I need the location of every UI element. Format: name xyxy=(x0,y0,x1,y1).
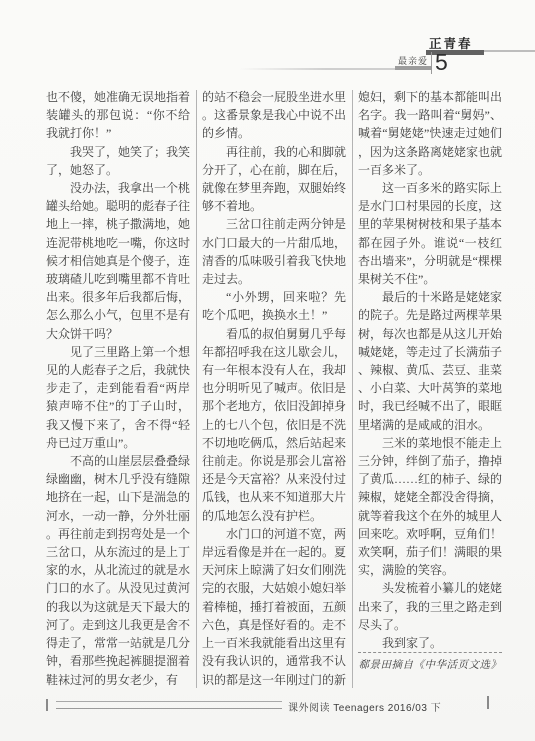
paragraph: 三岔口往前走两分钟是水门口最大的一片甜瓜地，清香的瓜味吸引着我飞快地走过去。 xyxy=(202,215,346,288)
header-vertical-rule xyxy=(431,52,432,74)
article-body: 也不傻，她准确无误地指着装罐头的那包说：“你不给我就打你！” 我哭了，她笑了；我… xyxy=(46,88,502,689)
source-attribution: 郗景田摘自《中华活页文选》 xyxy=(358,652,502,673)
paragraph: 头发梳着小纂儿的姥姥出来了，我的三里之路走到尽头了。 xyxy=(358,579,502,634)
header-rule-right xyxy=(484,50,535,52)
paragraph: 的站不稳会一屁股坐进水里。这番景象是我心中说不出的乡情。 xyxy=(202,88,346,143)
column-divider xyxy=(196,90,197,688)
paragraph: 水门口的河道不宽，两岸远看像是并在一起的。夏天河床上晾满了妇女们刚洗完的衣服，大… xyxy=(202,525,346,689)
footer-trim-mark-left xyxy=(46,699,48,711)
paragraph: 三米的菜地恨不能走上三分钟，绊倒了茄子，撸掉了黄瓜……红的柿子、绿的辣椒，姥姥全… xyxy=(358,434,502,580)
paragraph: 这一百多米的路实际上是水门口村果园的长度，这里的苹果树树枝和果子基本都在园子外。… xyxy=(358,179,502,288)
text-column-3: 媳妇，剩下的基本都能叫出名字。我一路叫着“舅妈”、喊着“舅姥姥”快速走过她们，因… xyxy=(358,88,502,689)
page-number: 5 xyxy=(435,49,448,76)
paragraph: 我哭了，她笑了；我笑了，她怒了。 xyxy=(46,143,190,179)
footer-journal-info: 课外阅读 Teenagers 2016/03 下 xyxy=(288,699,441,714)
paragraph: “小外甥，回来啦？先吃个瓜吧，换换水土！” xyxy=(202,288,346,324)
footer-double-rule xyxy=(56,701,282,709)
header-gray-bar xyxy=(395,66,431,70)
paragraph: 再往前，我的心和脚就分开了，心在前，脚在后，就像在梦里奔跑，双腿始终够不着地。 xyxy=(202,143,346,216)
text-column-1: 也不傻，她准确无误地指着装罐头的那包说：“你不给我就打你！” 我哭了，她笑了；我… xyxy=(46,88,190,689)
paragraph: 我到家了。 xyxy=(358,634,502,652)
paragraph: 媳妇，剩下的基本都能叫出名字。我一路叫着“舅妈”、喊着“舅姥姥”快速走过她们，因… xyxy=(358,88,502,179)
header-rule-left xyxy=(240,68,395,70)
paragraph: 见了三里路上第一个想见的人彪春子之后，我就快步走了，走到能看看“两岸猿声啼不住”… xyxy=(46,343,190,452)
paragraph: 最后的十米路是姥姥家的院子。先是路过两棵苹果树，每次也都是从这儿开始喊姥姥，等走… xyxy=(358,288,502,434)
paragraph: 看瓜的叔伯舅舅几乎每年都招呼我在这儿歇会儿，有一年根本没有人在，我却也分明听见了… xyxy=(202,325,346,525)
text-column-2: 的站不稳会一屁股坐进水里。这番景象是我心中说不出的乡情。 再往前，我的心和脚就分… xyxy=(202,88,346,689)
paragraph: 没办法，我拿出一个桃罐头给她。聪明的彪春子往地上一摔，桃子撒满地，她连泥带桃地吃… xyxy=(46,179,190,343)
footer-trim-mark-right xyxy=(487,696,489,709)
paragraph: 也不傻，她准确无误地指着装罐头的那包说：“你不给我就打你！” xyxy=(46,88,190,143)
magazine-page: 正青春 最亲爱 5 也不傻，她准确无误地指着装罐头的那包说：“你不给我就打你！”… xyxy=(0,0,535,741)
paragraph: 不高的山崖层层叠叠绿绿幽幽，树木几乎没有缝隙地挤在一起，山下是湍急的河水，一动一… xyxy=(46,452,190,689)
column-divider xyxy=(352,90,353,688)
